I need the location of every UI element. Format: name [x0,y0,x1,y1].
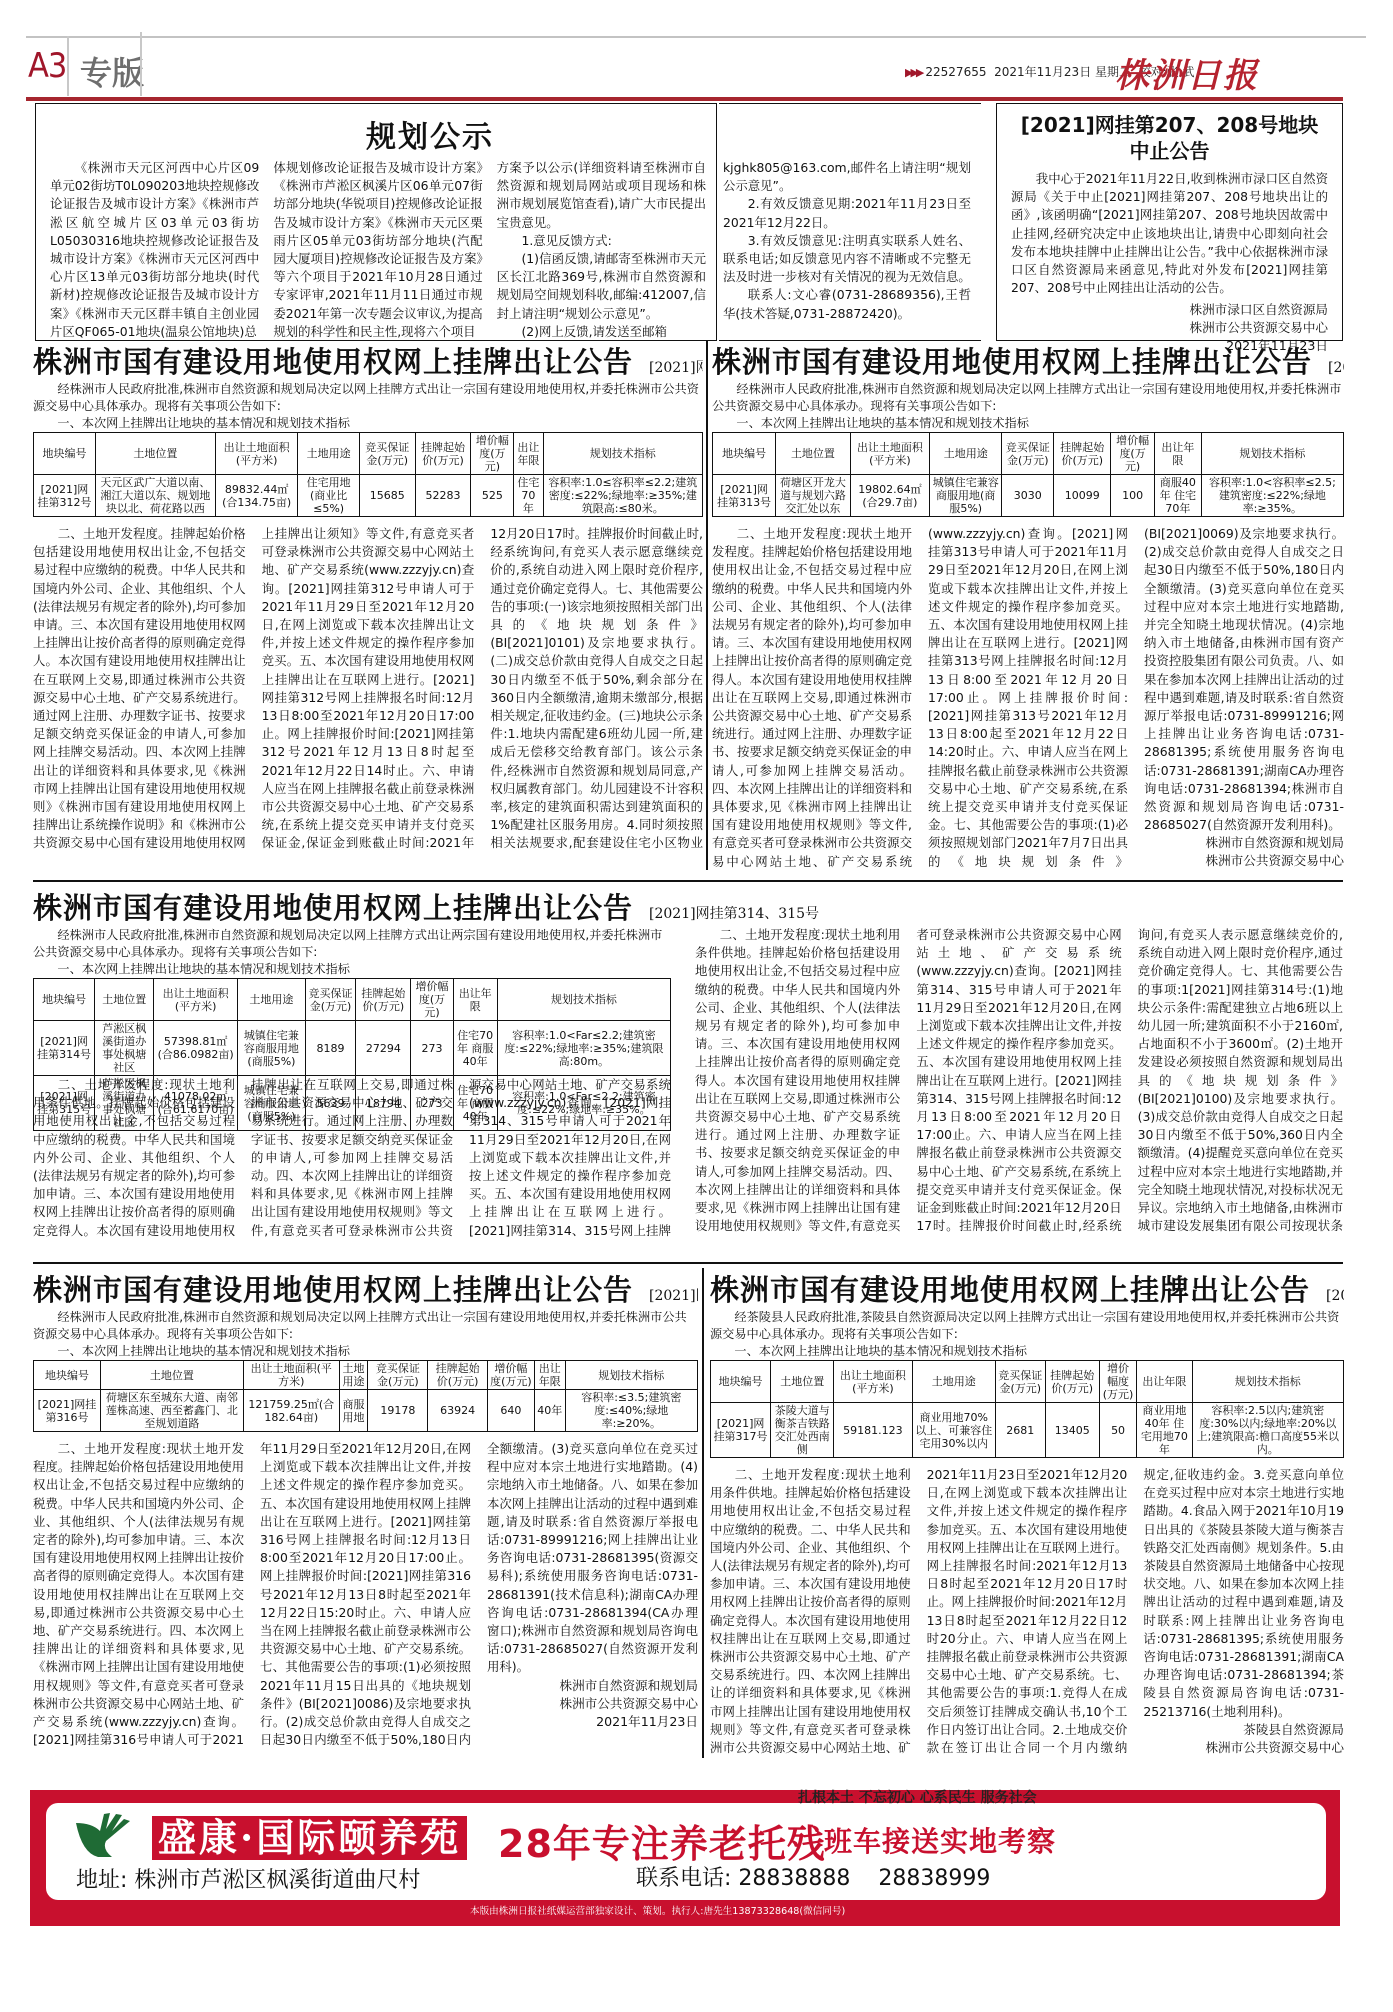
planning-col-2: 体规划修改论证报告及城市设计方案》《株洲市芦淞区枫溪片区06单元07街坊部分地块… [273,159,482,341]
hand-dove-logo-icon [72,1813,136,1859]
announcement-signers: 株洲市自然资源和规划局株洲市公共资源交易中心2021年11月23日 [487,1677,698,1731]
section-rule [33,1262,1343,1264]
announcement-body: 二、土地开发程度:现状土地利用条件供地。挂牌起始价格包括建设用地使用权出让金,不… [710,1466,1344,1758]
table-row: [2021]网挂第313号荷塘区开龙大道与规划六路交汇处以东19802.64㎡(… [713,475,1344,517]
column-rule [706,340,708,870]
triple-arrow-icon: ▶▶▶ [905,66,921,79]
section-rule [33,880,1343,882]
land-table: 地块编号土地位置出让土地面积(平方米)土地用途竞买保证金(万元)挂牌起始价(万元… [710,1360,1344,1458]
ad-footer: 本版由株洲日报社纸媒运营部独家设计、策划。执行人:唐先生13873328648(… [470,1903,845,1917]
planning-notice-cont: kjghk805@163.com,邮件名上请注明“规划公示意见”。2.有效反馈意… [719,103,981,341]
announcement-314-315: 株洲市国有建设用地使用权网上挂牌出让公告[2021]网挂第314、315号 经株… [33,886,1343,1256]
planning-col-4: kjghk805@163.com,邮件名上请注明“规划公示意见”。2.有效反馈意… [723,159,971,323]
announcement-intro: 经株洲市人民政府批准,株洲市自然资源和规划局决定以网上挂牌方式出让一宗国有建设用… [33,381,703,432]
planning-col-3: 方案予以公示(详细资料请至株洲市自然资源和规划局网站或项目现场和株洲市规划展览馆… [497,159,706,341]
announcement-intro: 经株洲市人民政府批准,株洲市自然资源和规划局决定以网上挂牌方式出让一宗国有建设用… [712,381,1344,432]
announcement-title: 株洲市国有建设用地使用权网上挂牌出让公告[2021]网挂第317号 [710,1268,1344,1309]
announcement-signers: 茶陵县自然资源局株洲市公共资源交易中心2021年11月23日 [1143,1721,1344,1758]
table-row: [2021]网挂第316号荷塘区东至城东大道、南邻莲株高速、西至蓄鑫门、北至规划… [34,1390,698,1432]
announcement-body: 二、土地开发程度。挂牌起始价格包括建设用地使用权出让金,不包括交易过程中应缴纳的… [33,525,703,855]
phone-number: 22527655 [925,65,986,79]
planning-notice-title: 规划公示 [366,112,494,156]
ad-address: 地址: 株洲市芦淞区枫溪街道曲尺村 [76,1863,420,1894]
planning-notice: 规划公示 《株洲市天元区河西中心片区09单元02街坊T0L090203地块控规修… [35,103,717,341]
land-table: 地块编号土地位置出让土地面积(平方米)土地用途竞买保证金(万元)挂牌起始价(万元… [712,432,1344,517]
land-table: 地块编号土地位置出让土地面积(平方米)土地用途竞买保证金(万元)挂牌起始价(万元… [33,432,703,517]
announcement-title: 株洲市国有建设用地使用权网上挂牌出让公告[2021]网挂第313号 [712,340,1344,381]
suspension-notice: [2021]网挂第207、208号地块 中止公告 我中心于2021年11月22日… [996,103,1343,341]
announcement-intro: 经茶陵县人民政府批准,茶陵县自然资源局决定以网上挂牌方式出让一宗国有建设用地使用… [710,1309,1344,1360]
ad-slogan: 28年专注养老托残 [498,1813,826,1868]
announcement-312: 株洲市国有建设用地使用权网上挂牌出让公告[2021]网挂第312号 经株洲市人民… [33,340,703,870]
advertisement-banner: 扎根本土 不忘初心 心系民生 服务社会 盛康·国际颐养苑 28年专注养老托残 班… [30,1790,1340,1926]
suspension-body: 我中心于2021年11月22日,收到株洲市渌口区自然资源局《关于中止[2021]… [1011,170,1328,297]
announcement-body: 二、土地开发程度:现状土地开发程度。挂牌起始价格包括建设用地使用权出让金,不包括… [33,1440,698,1758]
announcement-body-right: 二、土地开发程度:现状土地利用条件供地。挂牌起始价格包括建设用地使用权出让金,不… [695,926,1343,1246]
announcement-intro: 经株洲市人民政府批准,株洲市自然资源和规划局决定以网上挂牌方式出让两宗国有建设用… [33,927,671,978]
announcement-title: 株洲市国有建设用地使用权网上挂牌出让公告[2021]网挂第312号 [33,340,703,381]
masthead-divider [67,36,69,96]
ad-phone: 联系电话: 28838888 28838999 [636,1861,990,1892]
announcement-317: 株洲市国有建设用地使用权网上挂牌出让公告[2021]网挂第317号 经茶陵县人民… [710,1268,1344,1758]
newspaper-logo: 株洲日报 [1115,48,1259,97]
ad-sub-slogan: 班车接送实地考察 [824,1820,1056,1860]
page-number: A3 [28,46,66,86]
ad-panel: 扎根本土 不忘初心 心系民生 服务社会 盛康·国际颐养苑 28年专注养老托残 班… [46,1803,1326,1900]
announcement-316: 株洲市国有建设用地使用权网上挂牌出让公告[2021]网挂第316号 经株洲市人民… [33,1268,698,1758]
table-row: [2021]网挂第317号茶陵大道与衡茶吉铁路交汇处西南侧59181.123商业… [711,1403,1344,1458]
land-table: 地块编号土地位置出让土地面积(平方米)土地用途竞买保证金(万元)挂牌起始价(万元… [33,1360,698,1432]
announcement-body: 二、土地开发程度:现状土地开发程度。挂牌起始价格包括建设用地使用权出让金,不包括… [712,525,1344,870]
masthead-red-rule [26,97,1343,101]
masthead-divider [140,32,142,96]
column-rule [702,1268,704,1758]
ad-brand: 盛康·国际颐养苑 [152,1816,467,1860]
ad-motto: 扎根本土 不忘初心 心系民生 服务社会 [798,1787,1037,1807]
table-row: [2021]网挂第312号天元区武广大道以南、湘江大道以东、规划地块以北、荷花路… [34,475,703,517]
table-row: [2021]网挂第314号芦淞区枫溪街道办事处枫塘社区57398.81㎡(合86… [34,1021,671,1076]
announcement-313: 株洲市国有建设用地使用权网上挂牌出让公告[2021]网挂第313号 经株洲市人民… [712,340,1344,870]
masthead-top-rule [26,36,1366,38]
announcement-intro: 经株洲市人民政府批准,株洲市自然资源和规划局决定以网上挂牌方式出让一宗国有建设用… [33,1309,698,1360]
announcement-title: 株洲市国有建设用地使用权网上挂牌出让公告[2021]网挂第314、315号 [33,886,1343,927]
announcement-title: 株洲市国有建设用地使用权网上挂牌出让公告[2021]网挂第316号 [33,1268,698,1309]
section-name: 专版 [80,48,144,94]
planning-col-1: 《株洲市天元区河西中心片区09单元02街坊T0L090203地块控规修改论证报告… [50,159,259,341]
announcement-body-left: 二、土地开发程度:现状土地利用条件供地。挂牌起始价格包括建设用地使用权出让金,不… [33,1076,671,1246]
issue-date: 2021年11月23日 星期二 [994,65,1131,79]
suspension-title: [2021]网挂第207、208号地块 中止公告 [997,112,1342,164]
